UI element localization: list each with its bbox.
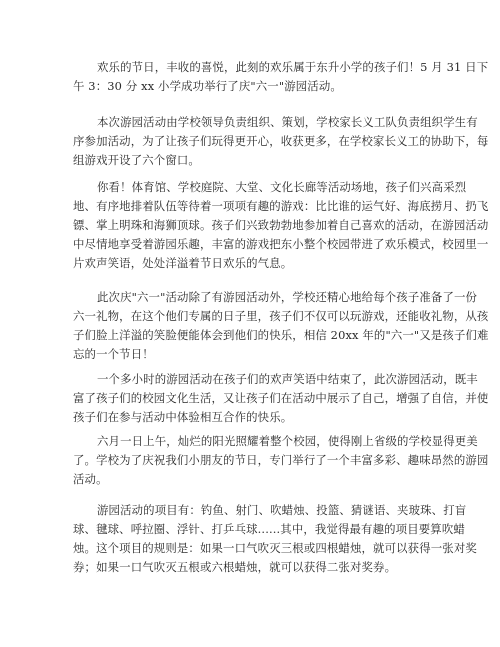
text-line: 此次庆"六一"活动除了有游园活动外，学校还精心地给每个孩子准备了一份: [73, 288, 433, 307]
paragraph-gifts: 此次庆"六一"活动除了有游园活动外，学校还精心地给每个孩子准备了一份 六一礼物，…: [73, 288, 433, 364]
text-line: 组游戏开设了六个窗口。: [73, 151, 433, 170]
text-line: 忘的一个节日！: [73, 345, 433, 364]
paragraph-game-items: 游园活动的项目有：钓鱼、射门、吹蜡烛、投篮、猜谜语、夹玻珠、打盲 球、毽球、呼拉…: [73, 501, 433, 577]
paragraph-venues-games: 你看！体育馆、学校庭院、大堂、文化长廊等活动场地，孩子们兴高采烈 地、有序地排着…: [73, 178, 433, 273]
text-line: 序参加活动，为了让孩子们玩得更开心，收获更多，在学校家长义工的协助下，每: [73, 132, 433, 151]
text-line: 球、毽球、呼拉圈、浮针、打乒乓球......其中，我觉得最有趣的项目要算吹蜡: [73, 520, 433, 539]
text-line: 六一礼物，在这个他们专属的日子里，孩子们不仅可以玩游戏，还能收礼物，从孩: [73, 307, 433, 326]
text-line: 你看！体育馆、学校庭院、大堂、文化长廊等活动场地，孩子们兴高采烈: [73, 178, 433, 197]
text-line: 欢乐的节日，丰收的喜悦，此刻的欢乐属于东升小学的孩子们！5 月 31 日下: [73, 58, 433, 77]
text-line: 烛。这个项目的规则是：如果一口气吹灭三根或四根蜡烛，就可以获得一张对奖: [73, 539, 433, 558]
text-line: 孩子们在参与活动中体验相互合作的快乐。: [73, 408, 433, 427]
text-line: 镖、掌上明珠和海狮顶球。孩子们兴致勃勃地参加着自己喜欢的活动，在游园活动: [73, 216, 433, 235]
text-line: 游园活动的项目有：钓鱼、射门、吹蜡烛、投篮、猜谜语、夹玻珠、打盲: [73, 501, 433, 520]
paragraph-opening: 欢乐的节日，丰收的喜悦，此刻的欢乐属于东升小学的孩子们！5 月 31 日下 午 …: [73, 58, 433, 96]
text-line: 富了孩子们的校园文化生活，又让孩子们在活动中展示了自己，增强了自信，并使: [73, 389, 433, 408]
text-line: 子们脸上洋溢的笑脸便能体会到他们的快乐，相信 20xx 年的"六一"又是孩子们难: [73, 326, 433, 345]
text-line: 中尽情地享受着游园乐趣，丰富的游戏把东小整个校园带进了欢乐模式，校园里一: [73, 235, 433, 254]
document-page: 欢乐的节日，丰收的喜悦，此刻的欢乐属于东升小学的孩子们！5 月 31 日下 午 …: [0, 0, 500, 647]
text-line: 片欢声笑语，处处洋溢着节日欢乐的气息。: [73, 254, 433, 273]
text-line: 了。学校为了庆祝我们小朋友的节日，专门举行了一个丰富多彩、趣味昂然的游园: [73, 451, 433, 470]
text-line: 一个多小时的游园活动在孩子们的欢声笑语中结束了，此次游园活动，既丰: [73, 370, 433, 389]
paragraph-june-first: 六月一日上午，灿烂的阳光照耀着整个校园，使得刚上省级的学校显得更美 了。学校为了…: [73, 432, 433, 489]
paragraph-organization: 本次游园活动由学校领导负责组织、策划，学校家长义工队负责组织学生有 序参加活动，…: [73, 113, 433, 170]
text-line: 午 3：30 分 xx 小学成功举行了庆"六一"游园活动。: [73, 77, 433, 96]
text-line: 活动。: [73, 470, 433, 489]
text-line: 地、有序地排着队伍等待着一项项有趣的游戏：比比谁的运气好、海底捞月、扔飞: [73, 197, 433, 216]
paragraph-conclusion: 一个多小时的游园活动在孩子们的欢声笑语中结束了，此次游园活动，既丰 富了孩子们的…: [73, 370, 433, 427]
text-line: 本次游园活动由学校领导负责组织、策划，学校家长义工队负责组织学生有: [73, 113, 433, 132]
text-line: 六月一日上午，灿烂的阳光照耀着整个校园，使得刚上省级的学校显得更美: [73, 432, 433, 451]
text-line: 券；如果一口气吹灭五根或六根蜡烛，就可以获得二张对奖券。: [73, 558, 433, 577]
